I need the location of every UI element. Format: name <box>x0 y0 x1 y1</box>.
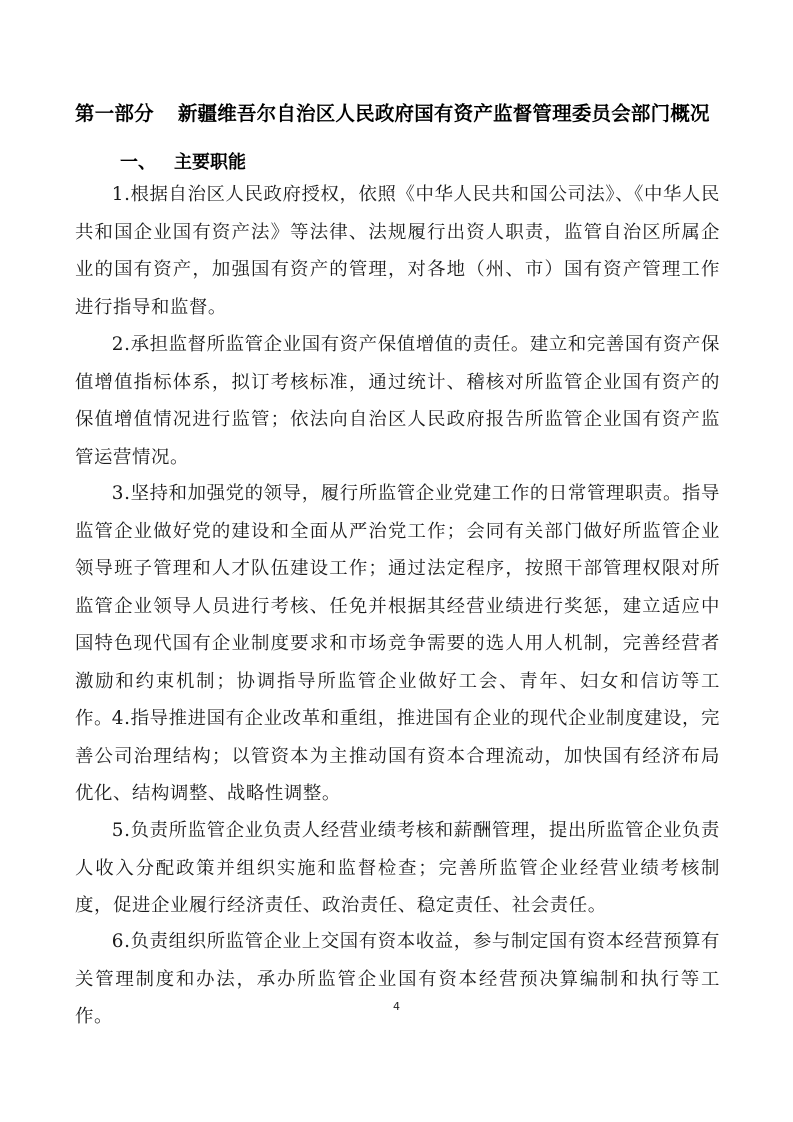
document-page: 第一部分新疆维吾尔自治区人民政府国有资产监督管理委员会部门概况 一、主要职能 1… <box>0 0 793 1122</box>
paragraph-1: 1.根据自治区人民政府授权，依照《中华人民共和国公司法》、《中华人民共和国企业国… <box>75 176 720 326</box>
paragraph-4: 4.指导推进国有企业改革和重组，推进国有企业的现代企业制度建设，完善公司治理结构… <box>75 700 720 813</box>
part-title-text: 新疆维吾尔自治区人民政府国有资产监督管理委员会部门概况 <box>178 102 710 125</box>
paragraph-5: 5.负责所监管企业负责人经营业绩考核和薪酬管理，提出所监管企业负责人收入分配政策… <box>75 812 720 925</box>
paragraph-text: 4.指导推进国有企业改革和重组，推进国有企业的现代企业制度建设，完善公司治理结构… <box>75 700 720 813</box>
paragraph-text: 5.负责所监管企业负责人经营业绩考核和薪酬管理，提出所监管企业负责人收入分配政策… <box>75 812 720 925</box>
paragraph-text: 2.承担监督所监管企业国有资产保值增值的责任。建立和完善国有资产保值增值指标体系… <box>75 326 720 476</box>
paragraph-2: 2.承担监督所监管企业国有资产保值增值的责任。建立和完善国有资产保值增值指标体系… <box>75 326 720 476</box>
paragraph-text: 3.坚持和加强党的领导，履行所监管企业党建工作的日常管理职责。指导监管企业做好党… <box>75 475 720 738</box>
part-label: 第一部分 <box>75 102 154 125</box>
paragraph-text: 1.根据自治区人民政府授权，依照《中华人民共和国公司法》、《中华人民共和国企业国… <box>75 176 720 326</box>
section-number: 一、 <box>120 152 156 173</box>
paragraph-text: 6.负责组织所监管企业上交国有资本收益，参与制定国有资本经营预算有关管理制度和办… <box>75 923 720 1036</box>
page-number: 4 <box>0 1000 793 1013</box>
paragraph-3: 3.坚持和加强党的领导，履行所监管企业党建工作的日常管理职责。指导监管企业做好党… <box>75 475 720 738</box>
section-heading: 一、主要职能 <box>120 148 246 174</box>
paragraph-6: 6.负责组织所监管企业上交国有资本收益，参与制定国有资本经营预算有关管理制度和办… <box>75 923 720 1036</box>
part-title: 第一部分新疆维吾尔自治区人民政府国有资产监督管理委员会部门概况 <box>75 98 735 126</box>
section-title: 主要职能 <box>174 152 246 173</box>
